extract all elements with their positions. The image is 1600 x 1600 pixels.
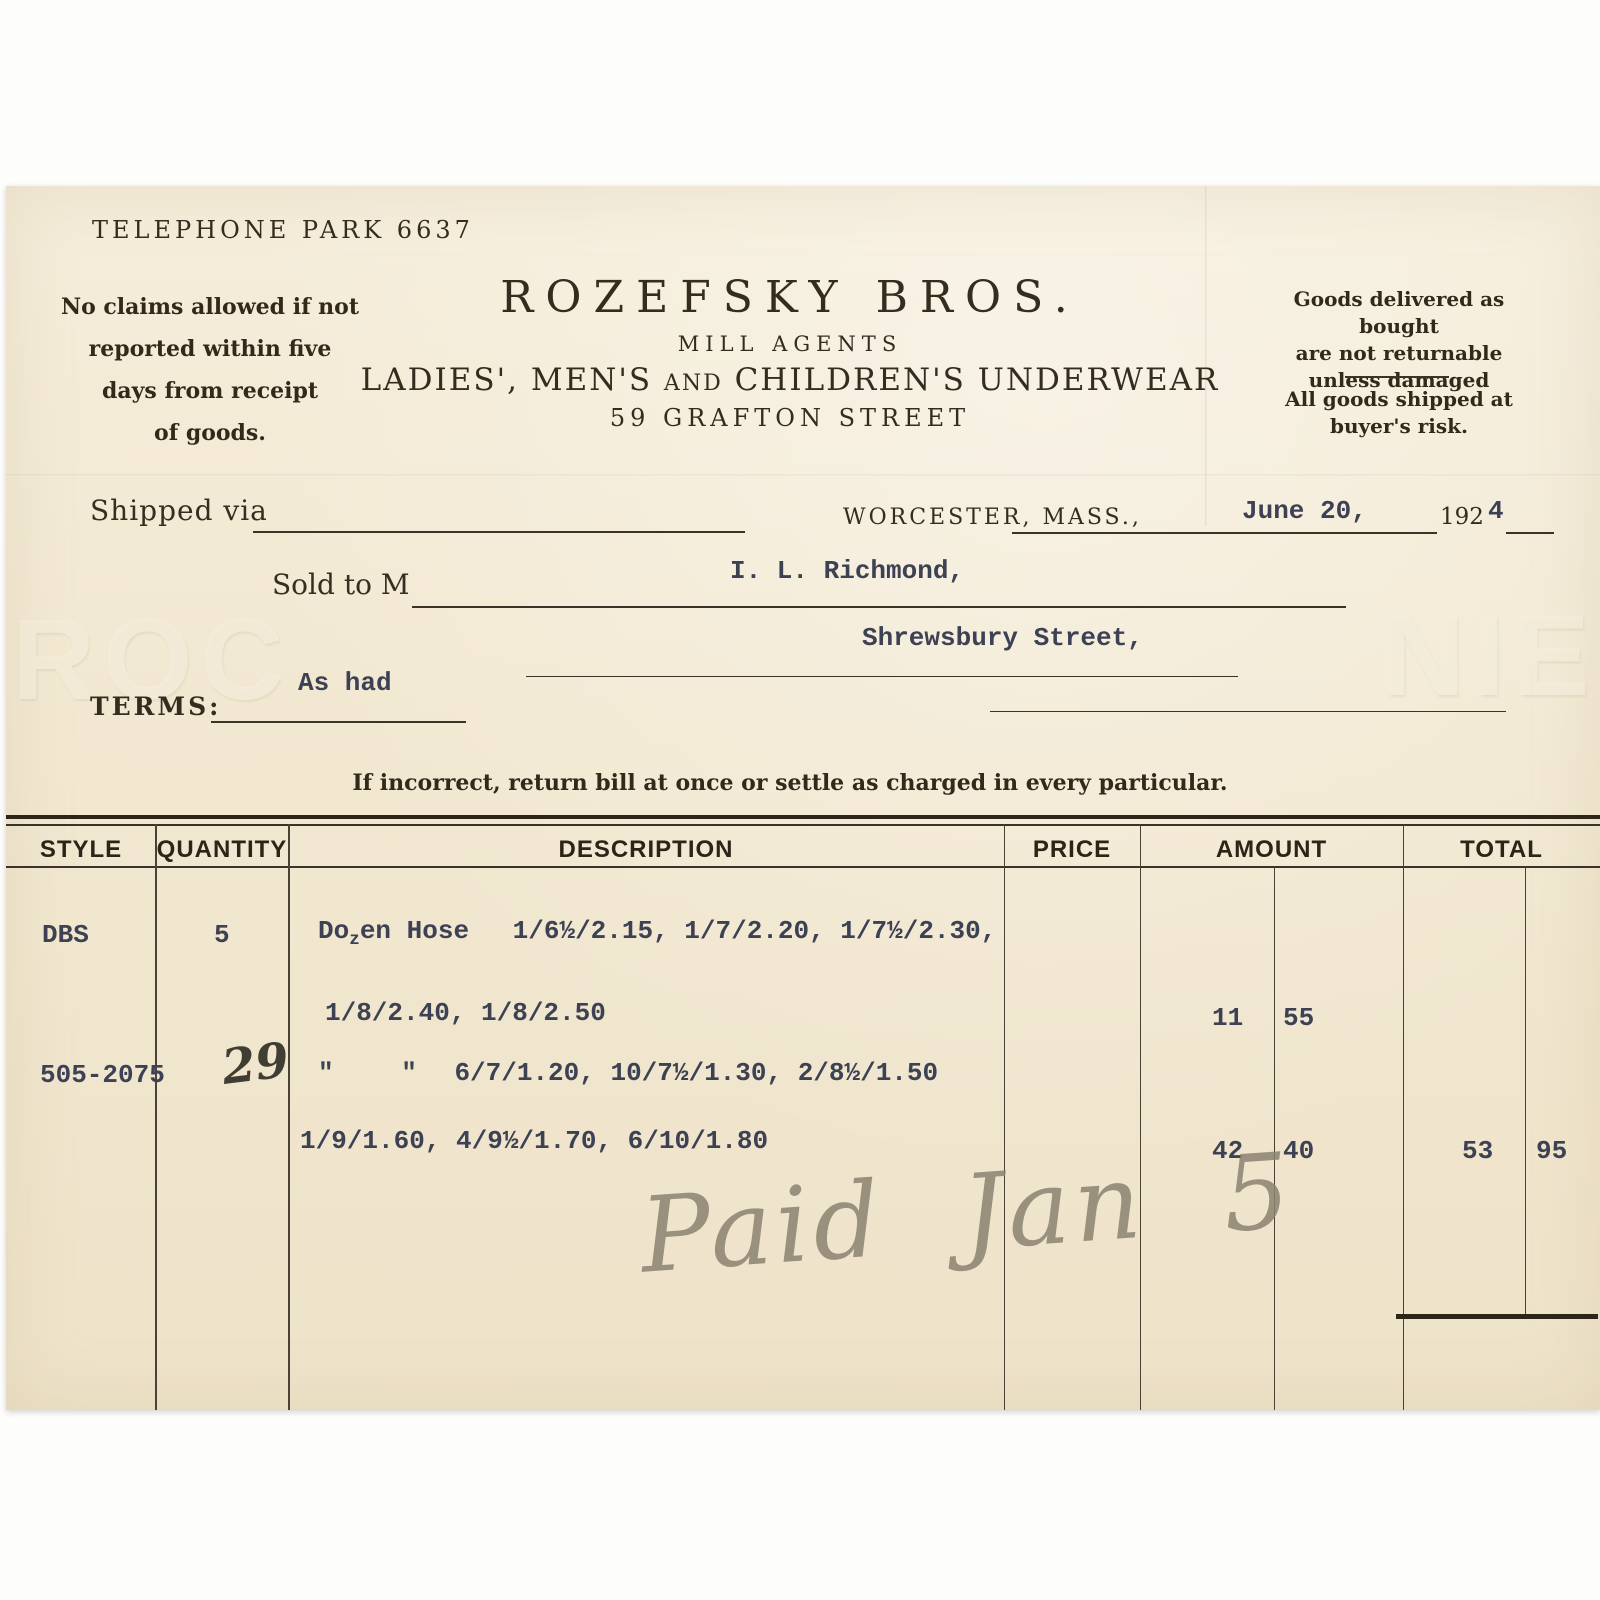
returns-notice-line: are not returnable — [1264, 340, 1534, 367]
row1-amount-cents: 55 — [1283, 1003, 1314, 1033]
column-header-price: PRICE — [1004, 836, 1140, 864]
row2-description-line2: 1/9/1.60, 4/9½/1.70, 6/10/1.80 — [300, 1126, 768, 1156]
total-cents-divider — [1525, 866, 1526, 1316]
sold-to-label: Sold to M — [272, 568, 410, 601]
row1-item-subscript-z: z — [349, 930, 360, 950]
date-typed: June 20, — [1242, 496, 1367, 526]
column-divider-quantity-description — [288, 824, 290, 1410]
column-header-description: DESCRIPTION — [288, 836, 1004, 864]
company-trade: MILL AGENTS — [390, 332, 1190, 356]
street-address: 59 GRAFTON STREET — [390, 404, 1190, 432]
if-incorrect-notice: If incorrect, return bill at once or set… — [190, 770, 1390, 796]
row2-total-dollars: 53 — [1462, 1136, 1493, 1166]
fold-crease-horizontal — [6, 474, 1600, 477]
terms-label: TERMS: — [90, 692, 221, 721]
row1-amount-dollars: 11 — [1212, 1003, 1243, 1033]
risk-notice-line: buyer's risk. — [1264, 413, 1534, 440]
row2-total-cents: 95 — [1536, 1136, 1567, 1166]
row1-quantity: 5 — [214, 920, 230, 950]
date-line-tail — [1506, 532, 1554, 534]
column-divider-price-amount — [1140, 824, 1141, 1410]
table-top-rule-heavy — [6, 815, 1600, 819]
risk-notice: All goods shipped at buyer's risk. — [1264, 386, 1534, 440]
sold-to-line — [412, 606, 1346, 608]
invoice-paper: ROC NIE TELEPHONE PARK 6637 No claims al… — [6, 186, 1600, 1410]
column-divider-style-quantity — [155, 824, 157, 1410]
date-line — [1012, 532, 1437, 534]
column-header-total: TOTAL — [1403, 836, 1600, 864]
company-name: ROZEFSKY BROS. — [390, 272, 1190, 323]
row2-quantity-handwritten: 29 — [219, 1032, 292, 1096]
row2-ditto-mark-1: " — [318, 1058, 334, 1088]
scan-background: ROC NIE TELEPHONE PARK 6637 No claims al… — [0, 0, 1600, 1600]
row2-description-line1: " " 6/7/1.20, 10/7½/1.30, 2/8½/1.50 — [318, 1058, 938, 1088]
address-line-3 — [990, 711, 1506, 712]
column-header-style: STYLE — [6, 836, 156, 864]
row1-description-line1: Dozen Hose 1/6½/2.15, 1/7/2.20, 1/7½/2.3… — [318, 916, 996, 950]
returns-notice-line: Goods delivered as bought — [1264, 286, 1534, 340]
show-through-text-right: NIE — [1382, 590, 1598, 722]
total-sum-rule — [1396, 1314, 1598, 1319]
row2-ditto-mark-2: " — [401, 1058, 417, 1088]
claims-notice-line: No claims allowed if not — [55, 286, 365, 328]
address-line-2 — [526, 676, 1238, 677]
table-header-underline — [6, 866, 1600, 868]
terms-value: As had — [298, 668, 392, 698]
column-header-quantity: QUANTITY — [156, 836, 288, 864]
table-top-rule-light — [6, 824, 1600, 826]
customer-address: Shrewsbury Street, — [862, 623, 1143, 653]
row1-item-word-suffix: en Hose — [360, 916, 469, 946]
customer-name: I. L. Richmond, — [730, 556, 964, 586]
returns-notice-divider — [1345, 376, 1449, 378]
row1-description-line2: 1/8/2.40, 1/8/2.50 — [325, 998, 606, 1028]
risk-notice-line: All goods shipped at — [1264, 386, 1534, 413]
telephone-number: TELEPHONE PARK 6637 — [92, 216, 474, 244]
column-header-amount: AMOUNT — [1140, 836, 1403, 864]
shipped-via-blank-line — [253, 531, 745, 533]
place-label: WORCESTER, MASS., — [843, 505, 1142, 530]
row1-style: DBS — [42, 920, 89, 950]
year-prefix: 192 — [1440, 504, 1484, 530]
shipped-via-label: Shipped via — [90, 494, 268, 527]
row1-price-list-1: 1/6½/2.15, 1/7/2.20, 1/7½/2.30, — [513, 916, 997, 946]
row2-style: 505-2075 — [40, 1060, 165, 1090]
column-divider-amount-total — [1403, 824, 1404, 1410]
row2-price-list-1: 6/7/1.20, 10/7½/1.30, 2/8½/1.50 — [454, 1058, 938, 1088]
column-divider-description-price — [1004, 824, 1005, 1410]
product-line: LADIES', MEN'S and CHILDREN'S UNDERWEAR — [290, 362, 1290, 398]
row1-item-word-prefix: Do — [318, 916, 349, 946]
claims-notice-line: of goods. — [55, 412, 365, 454]
year-typed-digit: 4 — [1488, 496, 1504, 526]
terms-line — [211, 721, 466, 723]
